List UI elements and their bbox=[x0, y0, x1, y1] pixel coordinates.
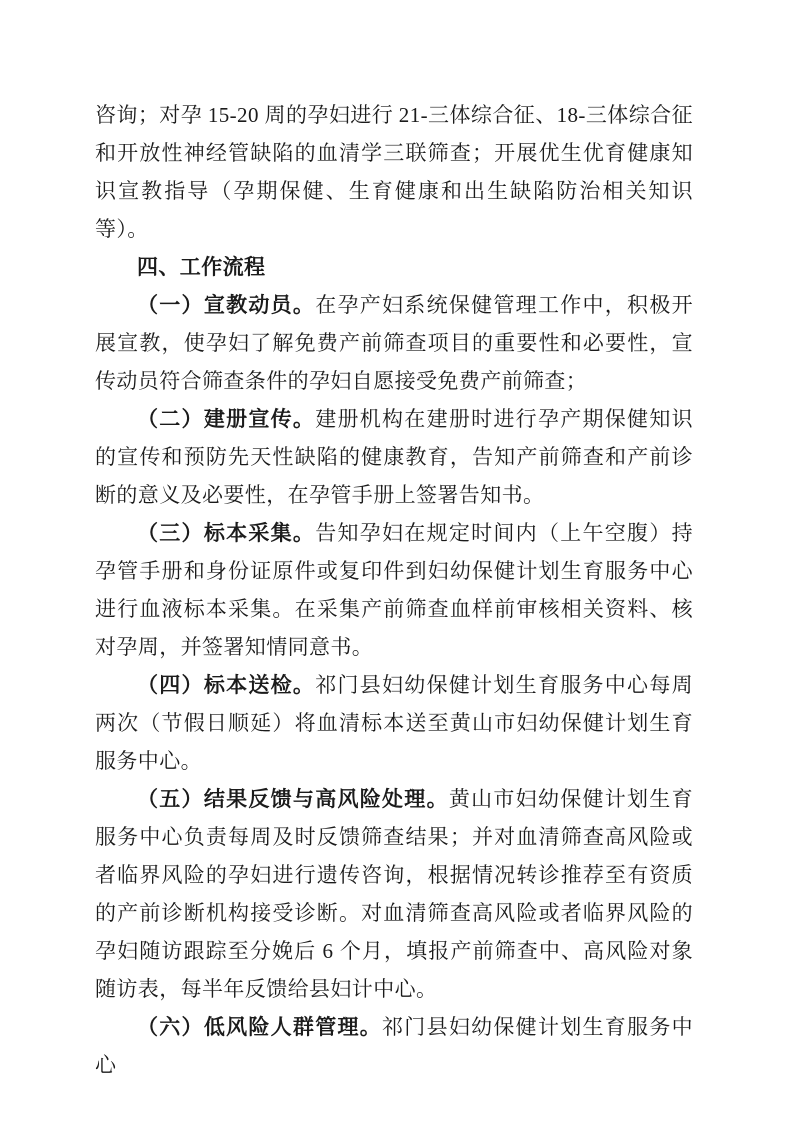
section-heading-workflow: 四、工作流程 bbox=[95, 248, 693, 286]
document-page: 咨询；对孕 15-20 周的孕妇进行 21-三体综合征、18-三体综合征和开放性… bbox=[0, 0, 793, 1122]
paragraph-item-2: （二）建册宣传。建册机构在建册时进行孕产期保健知识的宣传和预防先天性缺陷的健康教… bbox=[95, 400, 693, 514]
paragraph-lead: （三）标本采集。 bbox=[137, 521, 315, 545]
paragraph-continuation: 咨询；对孕 15-20 周的孕妇进行 21-三体综合征、18-三体综合征和开放性… bbox=[95, 96, 693, 248]
paragraph-item-6: （六）低风险人群管理。祁门县妇幼保健计划生育服务中心 bbox=[95, 1008, 693, 1084]
section-heading-text: 四、工作流程 bbox=[137, 255, 265, 279]
paragraph-text: 咨询；对孕 15-20 周的孕妇进行 21-三体综合征、18-三体综合征和开放性… bbox=[95, 103, 693, 241]
paragraph-text: 黄山市妇幼保健计划生育服务中心负责每周及时反馈筛查结果；并对血清筛查高风险或者临… bbox=[95, 787, 693, 1001]
paragraph-lead: （一）宣教动员。 bbox=[137, 293, 315, 317]
paragraph-item-5: （五）结果反馈与高风险处理。黄山市妇幼保健计划生育服务中心负责每周及时反馈筛查结… bbox=[95, 780, 693, 1008]
paragraph-lead: （六）低风险人群管理。 bbox=[137, 1015, 382, 1039]
paragraph-item-4: （四）标本送检。祁门县妇幼保健计划生育服务中心每周两次（节假日顺延）将血清标本送… bbox=[95, 666, 693, 780]
document-body: 咨询；对孕 15-20 周的孕妇进行 21-三体综合征、18-三体综合征和开放性… bbox=[95, 96, 693, 1084]
paragraph-item-3: （三）标本采集。告知孕妇在规定时间内（上午空腹）持孕管手册和身份证原件或复印件到… bbox=[95, 514, 693, 666]
paragraph-lead: （二）建册宣传。 bbox=[137, 407, 315, 431]
paragraph-item-1: （一）宣教动员。在孕产妇系统保健管理工作中，积极开展宣教，使孕妇了解免费产前筛查… bbox=[95, 286, 693, 400]
paragraph-lead: （四）标本送检。 bbox=[137, 673, 315, 697]
paragraph-lead: （五）结果反馈与高风险处理。 bbox=[137, 787, 449, 811]
